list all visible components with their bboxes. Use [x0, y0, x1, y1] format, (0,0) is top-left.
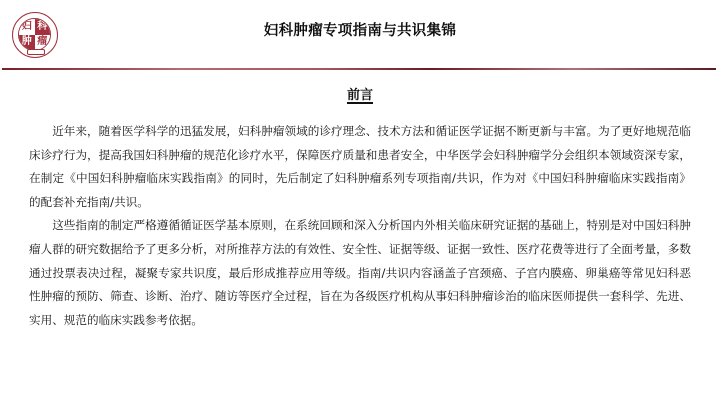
preface-paragraph-2: 这些指南的制定严格遵循循证医学基本原则，在系统回顾和深入分析国内外相关临床研究证…: [29, 214, 691, 332]
document-title: 妇科肿瘤专项指南与共识集锦: [0, 19, 720, 40]
header-divider: [2, 68, 716, 70]
preface-body: 近年来，随着医学科学的迅猛发展，妇科肿瘤领域的诊疗理念、技术方法和循证医学证据不…: [29, 120, 691, 332]
section-heading: 前言: [0, 84, 720, 103]
preface-paragraph-1: 近年来，随着医学科学的迅猛发展，妇科肿瘤领域的诊疗理念、技术方法和循证医学证据不…: [29, 120, 691, 214]
section-heading-text: 前言: [347, 88, 373, 103]
logo-banner-icon: [27, 49, 45, 55]
